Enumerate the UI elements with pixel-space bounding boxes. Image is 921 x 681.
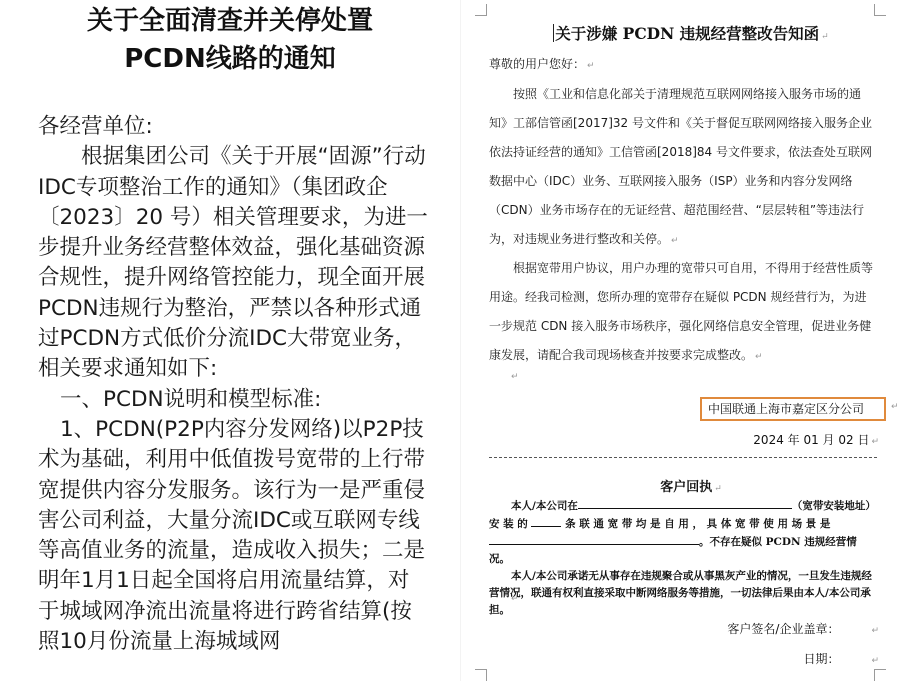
paragraph-mark-icon: ↵: [755, 352, 763, 362]
address-blank[interactable]: [578, 497, 792, 509]
receipt-body: 本人/本公司在（宽带安装地址） 安 装 的 条 联 通 宽 带 均 是 自 用 …: [489, 497, 877, 619]
usage-scenario-blank[interactable]: [489, 533, 699, 545]
line-count-blank[interactable]: [531, 515, 561, 527]
paragraph-mark-icon: ↵: [511, 372, 519, 382]
notice-title-line2: PCDN线路的通知: [0, 40, 460, 78]
sender-highlight-box: 中国联通上海市嘉定区分公司: [700, 397, 886, 421]
paragraph-mark-icon: ↵: [511, 594, 519, 604]
page-corner-mark: [874, 4, 886, 16]
paragraph-mark-icon: ↵: [891, 402, 899, 412]
notice-item-1: 1、PCDN(P2P内容分发网络)以P2P技术为基础，利用中低值拨号宽带的上行带…: [38, 415, 428, 657]
notice-section1-heading: 一、PCDN说明和模型标准:: [38, 385, 428, 415]
paragraph-mark-icon: ↵: [871, 437, 879, 447]
page-corner-mark: [475, 669, 487, 681]
signature-line: 客户签名/企业盖章：↵: [727, 620, 879, 637]
paragraph-mark-icon: ↵: [587, 61, 595, 71]
page-corner-mark: [874, 669, 886, 681]
receipt-title: 客户回执↵: [461, 476, 921, 495]
paragraph-mark-icon: ↵: [714, 484, 722, 494]
cut-line: [489, 457, 877, 458]
notice-title-line1: 关于全面清查并关停处置: [0, 2, 460, 40]
letter-paragraph-1: 按照《工业和信息化部关于清理规范互联网网络接入服务市场的通知》工部信管函[201…: [489, 80, 877, 256]
right-letter-document: 关于涉嫌 PCDN 违规经营整改告知函↵ 尊敬的用户您好：↵ 按照《工业和信息化…: [461, 0, 921, 681]
receipt-date-line: 日期：↵: [803, 650, 879, 667]
paragraph-mark-icon: ↵: [871, 626, 879, 636]
notice-body: 各经营单位: 根据集团公司《关于开展“固源”行动IDC专项整治工作的通知》（集团…: [38, 112, 428, 657]
page-corner-mark: [475, 4, 487, 16]
receipt-commitment: 本人/本公司承诺无从事存在违规聚合或从事黑灰产业的情况，一旦发生违规经营情况，联…: [489, 568, 877, 619]
notice-salutation: 各经营单位:: [38, 112, 428, 142]
letter-title: 关于涉嫌 PCDN 违规经营整改告知函↵: [461, 22, 921, 44]
paragraph-mark-icon: ↵: [871, 656, 879, 666]
letter-paragraph-2: 根据宽带用户协议，用户办理的宽带只可自用，不得用于经营性质等用途。经我司检测，您…: [489, 254, 877, 372]
notice-paragraph-1: 根据集团公司《关于开展“固源”行动IDC专项整治工作的通知》（集团政企〔2023…: [38, 142, 428, 384]
left-notice-document: 关于全面清查并关停处置 PCDN线路的通知 各经营单位: 根据集团公司《关于开展…: [0, 0, 460, 681]
paragraph-mark-icon: ↵: [821, 32, 829, 42]
letter-date: 2024 年 01 月 02 日↵: [461, 431, 879, 448]
paragraph-mark-icon: ↵: [671, 236, 679, 246]
letter-greeting: 尊敬的用户您好：↵: [489, 55, 877, 72]
